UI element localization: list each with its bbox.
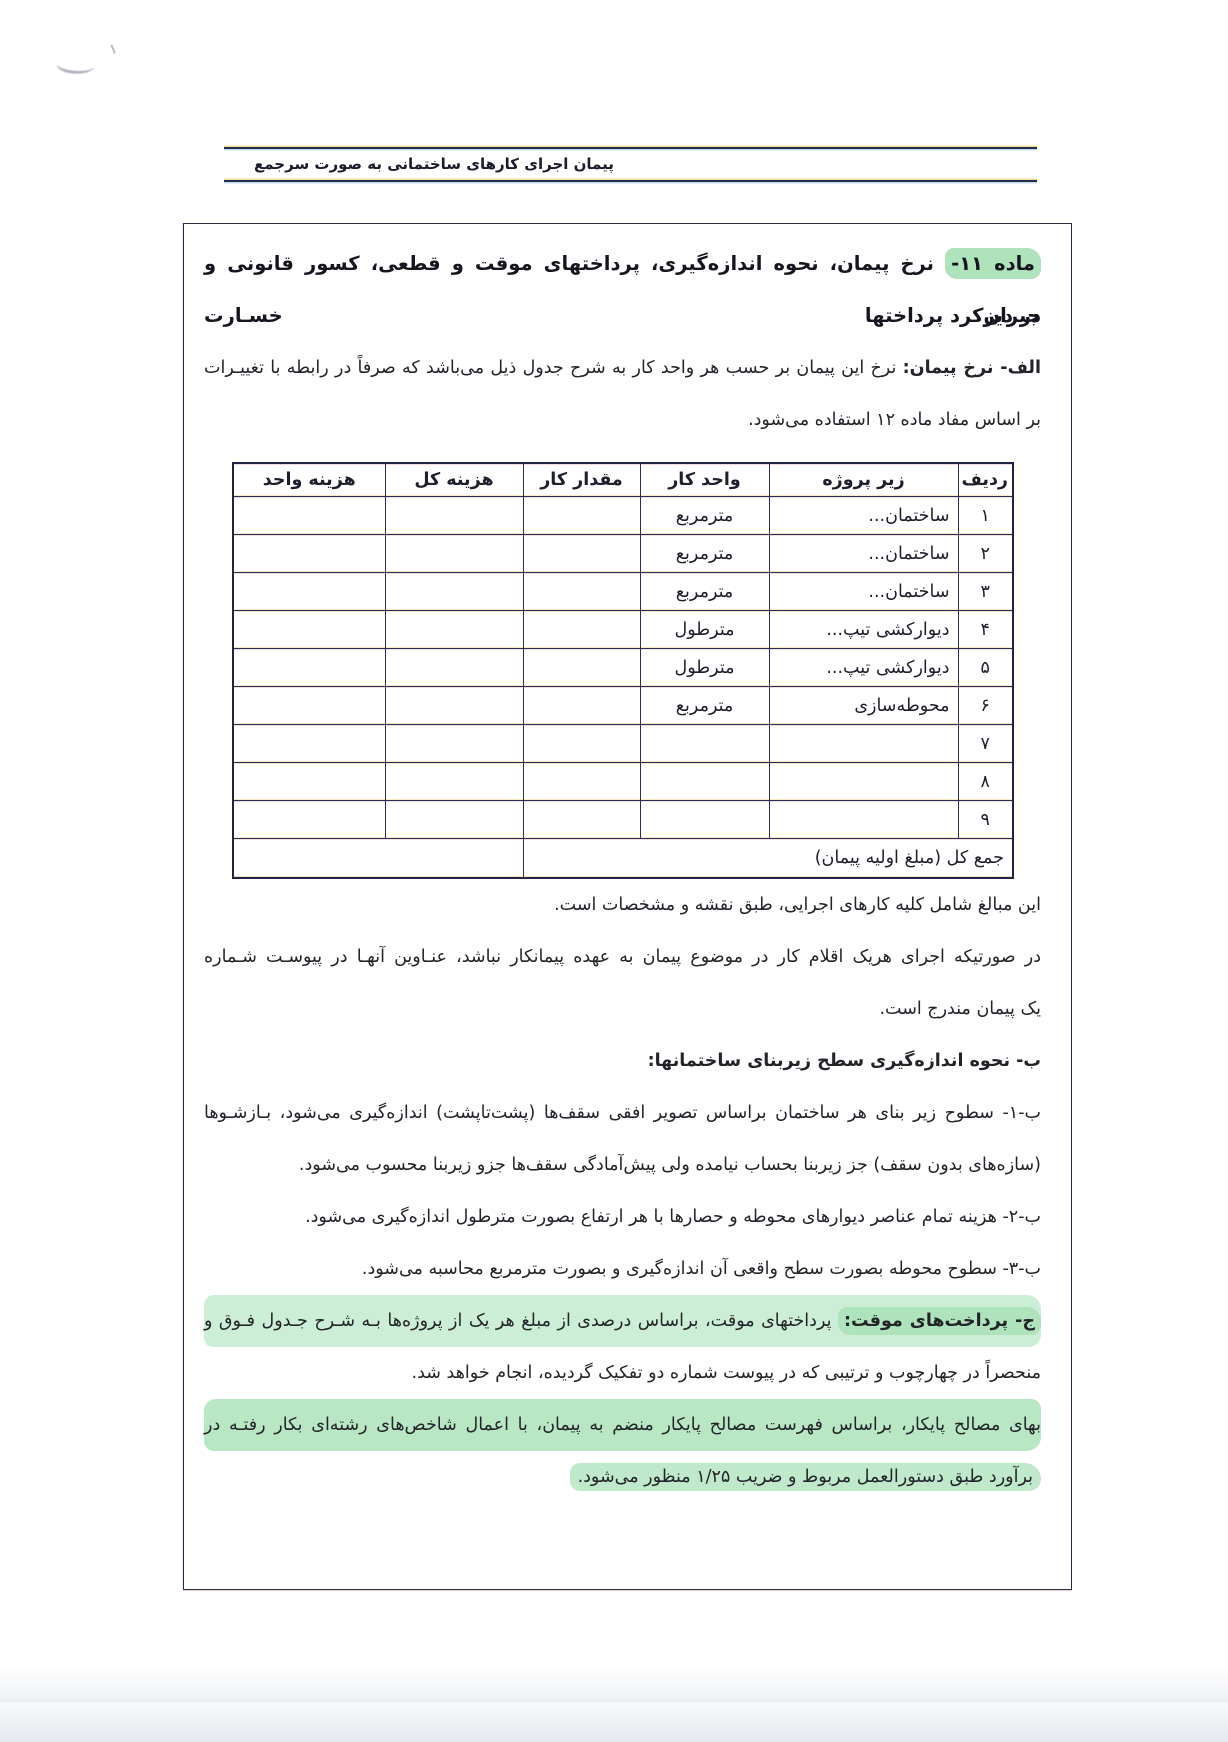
cell-work-unit: مترمربع bbox=[640, 497, 769, 535]
cell-work-unit bbox=[640, 725, 769, 763]
cell-work-unit bbox=[640, 763, 769, 801]
cell-unit-cost bbox=[233, 573, 385, 611]
cell-row-no: ۱ bbox=[958, 497, 1013, 535]
table-row: ۴ دیوارکشی تیپ... مترطول bbox=[233, 611, 1013, 649]
cell-total-cost bbox=[385, 649, 523, 687]
cell-unit-cost bbox=[233, 763, 385, 801]
col-header-work-qty: مقدار کار bbox=[523, 463, 640, 497]
article-box: ماده ۱۱- نرخ پیمان، نحوه اندازه‌گیری، پر… bbox=[183, 223, 1072, 1590]
clause-j-line2: منحصراً در چهارچوب و ترتیبی که در پیوست … bbox=[204, 1347, 1041, 1399]
alef-label: الف- نرخ پیمان: bbox=[903, 358, 1041, 378]
cell-work-unit bbox=[640, 801, 769, 839]
section-b-heading: ب- نحوه اندازه‌گیری سطح زیربنای ساختمانه… bbox=[204, 1035, 1041, 1087]
cell-total-cost bbox=[385, 573, 523, 611]
cell-work-qty bbox=[523, 649, 640, 687]
cell-subproject: ساختمان... bbox=[769, 497, 958, 535]
table-row: ۹ bbox=[233, 801, 1013, 839]
table-row: ۷ bbox=[233, 725, 1013, 763]
cell-subproject bbox=[769, 763, 958, 801]
cell-subproject: ساختمان... bbox=[769, 535, 958, 573]
cell-subproject: دیوارکشی تیپ... bbox=[769, 611, 958, 649]
table-row: ۶ محوطه‌سازی مترمربع bbox=[233, 687, 1013, 725]
cell-work-qty bbox=[523, 763, 640, 801]
scanned-document-page: پیمان اجرای کارهای ساختمانی به صورت سرجم… bbox=[0, 0, 1228, 1742]
clause-b1-line2: (سازه‌های بدون سقف) جز زیربنا بحساب نیام… bbox=[204, 1139, 1041, 1191]
cell-subproject bbox=[769, 801, 958, 839]
cell-work-qty bbox=[523, 497, 640, 535]
col-header-row-no: ردیف bbox=[958, 463, 1013, 497]
cell-total-cost bbox=[385, 497, 523, 535]
scan-artifact-bottom bbox=[0, 1686, 1228, 1742]
cell-subproject bbox=[769, 725, 958, 763]
cell-total-cost bbox=[385, 611, 523, 649]
cell-total-cost bbox=[385, 687, 523, 725]
table-row: ۱ ساختمان... مترمربع bbox=[233, 497, 1013, 535]
header-row: ردیف زیر پروژه واحد کار مقدار کار هزینه … bbox=[233, 463, 1013, 497]
cell-work-qty bbox=[523, 687, 640, 725]
pen-mark bbox=[56, 53, 96, 77]
cell-row-no: ۹ bbox=[958, 801, 1013, 839]
cell-work-unit: مترمربع bbox=[640, 573, 769, 611]
clause-j-label-highlight: ج- پرداخت‌های موقت: bbox=[838, 1307, 1041, 1335]
paykar-line2-highlight: برآورد طبق دستورالعمل مربوط و ضریب ۱/۲۵ … bbox=[570, 1463, 1041, 1491]
clause-b3: ب-۳- سطوح محوطه بصورت سطح واقعی آن انداز… bbox=[204, 1243, 1041, 1295]
cell-subproject: ساختمان... bbox=[769, 573, 958, 611]
cell-unit-cost bbox=[233, 649, 385, 687]
cell-subproject: دیوارکشی تیپ... bbox=[769, 649, 958, 687]
cell-work-qty bbox=[523, 611, 640, 649]
clause-j-text: پرداختهای موقت، براساس درصدی از مبلغ هر … bbox=[204, 1311, 831, 1331]
pen-mark-small bbox=[110, 43, 118, 53]
paragraph-alef-line2: بر اساس مفاد ماده ۱۲ استفاده می‌شود. bbox=[204, 394, 1041, 446]
table-row: ۸ bbox=[233, 763, 1013, 801]
cell-work-unit: مترطول bbox=[640, 611, 769, 649]
table-row: ۵ دیوارکشی تیپ... مترطول bbox=[233, 649, 1013, 687]
paragraph-alef-line1: الف- نرخ پیمان: نرخ این پیمان بر حسب هر … bbox=[204, 342, 1041, 394]
article-title-line1: ماده ۱۱- نرخ پیمان، نحوه اندازه‌گیری، پر… bbox=[204, 238, 1041, 290]
cell-unit-cost bbox=[233, 535, 385, 573]
clause-b1-line1: ب-۱- سطوح زیر بنای هر ساختمان براساس تصو… bbox=[204, 1087, 1041, 1139]
cell-unit-cost bbox=[233, 611, 385, 649]
scope-paragraph-line2: یک پیمان مندرج است. bbox=[204, 983, 1041, 1035]
note-after-table: این مبالغ شامل کلیه کارهای اجرایی، طبق ن… bbox=[204, 879, 1041, 931]
cell-total-cost bbox=[385, 801, 523, 839]
cell-row-no: ۶ bbox=[958, 687, 1013, 725]
rates-table-header: ردیف زیر پروژه واحد کار مقدار کار هزینه … bbox=[233, 463, 1013, 497]
alef-text: نرخ این پیمان بر حسب هر واحد کار به شرح … bbox=[204, 358, 896, 378]
col-header-total-cost: هزینه کل bbox=[385, 463, 523, 497]
page-header: پیمان اجرای کارهای ساختمانی به صورت سرجم… bbox=[224, 147, 1037, 182]
rates-table: ردیف زیر پروژه واحد کار مقدار کار هزینه … bbox=[232, 462, 1014, 879]
cell-total-cost bbox=[385, 535, 523, 573]
table-row: ۲ ساختمان... مترمربع bbox=[233, 535, 1013, 573]
table-total-row: جمع کل (مبلغ اولیه پیمان) bbox=[233, 839, 1013, 879]
cell-unit-cost bbox=[233, 687, 385, 725]
cell-unit-cost bbox=[233, 801, 385, 839]
cell-work-qty bbox=[523, 801, 640, 839]
cell-row-no: ۲ bbox=[958, 535, 1013, 573]
cell-work-qty bbox=[523, 535, 640, 573]
total-label-cell: جمع کل (مبلغ اولیه پیمان) bbox=[523, 839, 1013, 879]
cell-row-no: ۸ bbox=[958, 763, 1013, 801]
cell-row-no: ۷ bbox=[958, 725, 1013, 763]
cell-total-cost bbox=[385, 725, 523, 763]
col-header-work-unit: واحد کار bbox=[640, 463, 769, 497]
col-header-subproject: زیر پروژه bbox=[769, 463, 958, 497]
cell-row-no: ۵ bbox=[958, 649, 1013, 687]
page-header-title-text: پیمان اجرای کارهای ساختمانی به صورت سرجم… bbox=[254, 155, 614, 173]
cell-unit-cost bbox=[233, 725, 385, 763]
clause-b2: ب-۲- هزینه تمام عناصر دیوارهای محوطه و ح… bbox=[204, 1191, 1041, 1243]
cell-work-qty bbox=[523, 573, 640, 611]
cell-work-unit: مترمربع bbox=[640, 687, 769, 725]
cell-work-qty bbox=[523, 725, 640, 763]
scope-paragraph-line1: در صورتیکه اجرای هریک اقلام کار در موضوع… bbox=[204, 931, 1041, 983]
cell-work-unit: مترمربع bbox=[640, 535, 769, 573]
cell-unit-cost bbox=[233, 497, 385, 535]
cell-subproject: محوطه‌سازی bbox=[769, 687, 958, 725]
clause-j-line1-highlighted: ج- پرداخت‌های موقت: پرداختهای موقت، براس… bbox=[204, 1295, 1041, 1347]
header-rule-bottom bbox=[224, 180, 1037, 182]
cell-work-unit: مترطول bbox=[640, 649, 769, 687]
page-header-title: پیمان اجرای کارهای ساختمانی به صورت سرجم… bbox=[224, 149, 1037, 180]
paykar-line1-highlighted: بهای مصالح پایکار، براساس فهرست مصالح پا… bbox=[204, 1399, 1041, 1451]
paykar-line2: برآورد طبق دستورالعمل مربوط و ضریب ۱/۲۵ … bbox=[204, 1451, 1041, 1503]
cell-total-cost bbox=[385, 763, 523, 801]
cell-row-no: ۴ bbox=[958, 611, 1013, 649]
table-row: ۳ ساختمان... مترمربع bbox=[233, 573, 1013, 611]
total-amount-cell bbox=[233, 839, 523, 879]
col-header-unit-cost: هزینه واحد bbox=[233, 463, 385, 497]
article-number-highlight: ماده ۱۱- bbox=[945, 248, 1041, 279]
cell-row-no: ۳ bbox=[958, 573, 1013, 611]
